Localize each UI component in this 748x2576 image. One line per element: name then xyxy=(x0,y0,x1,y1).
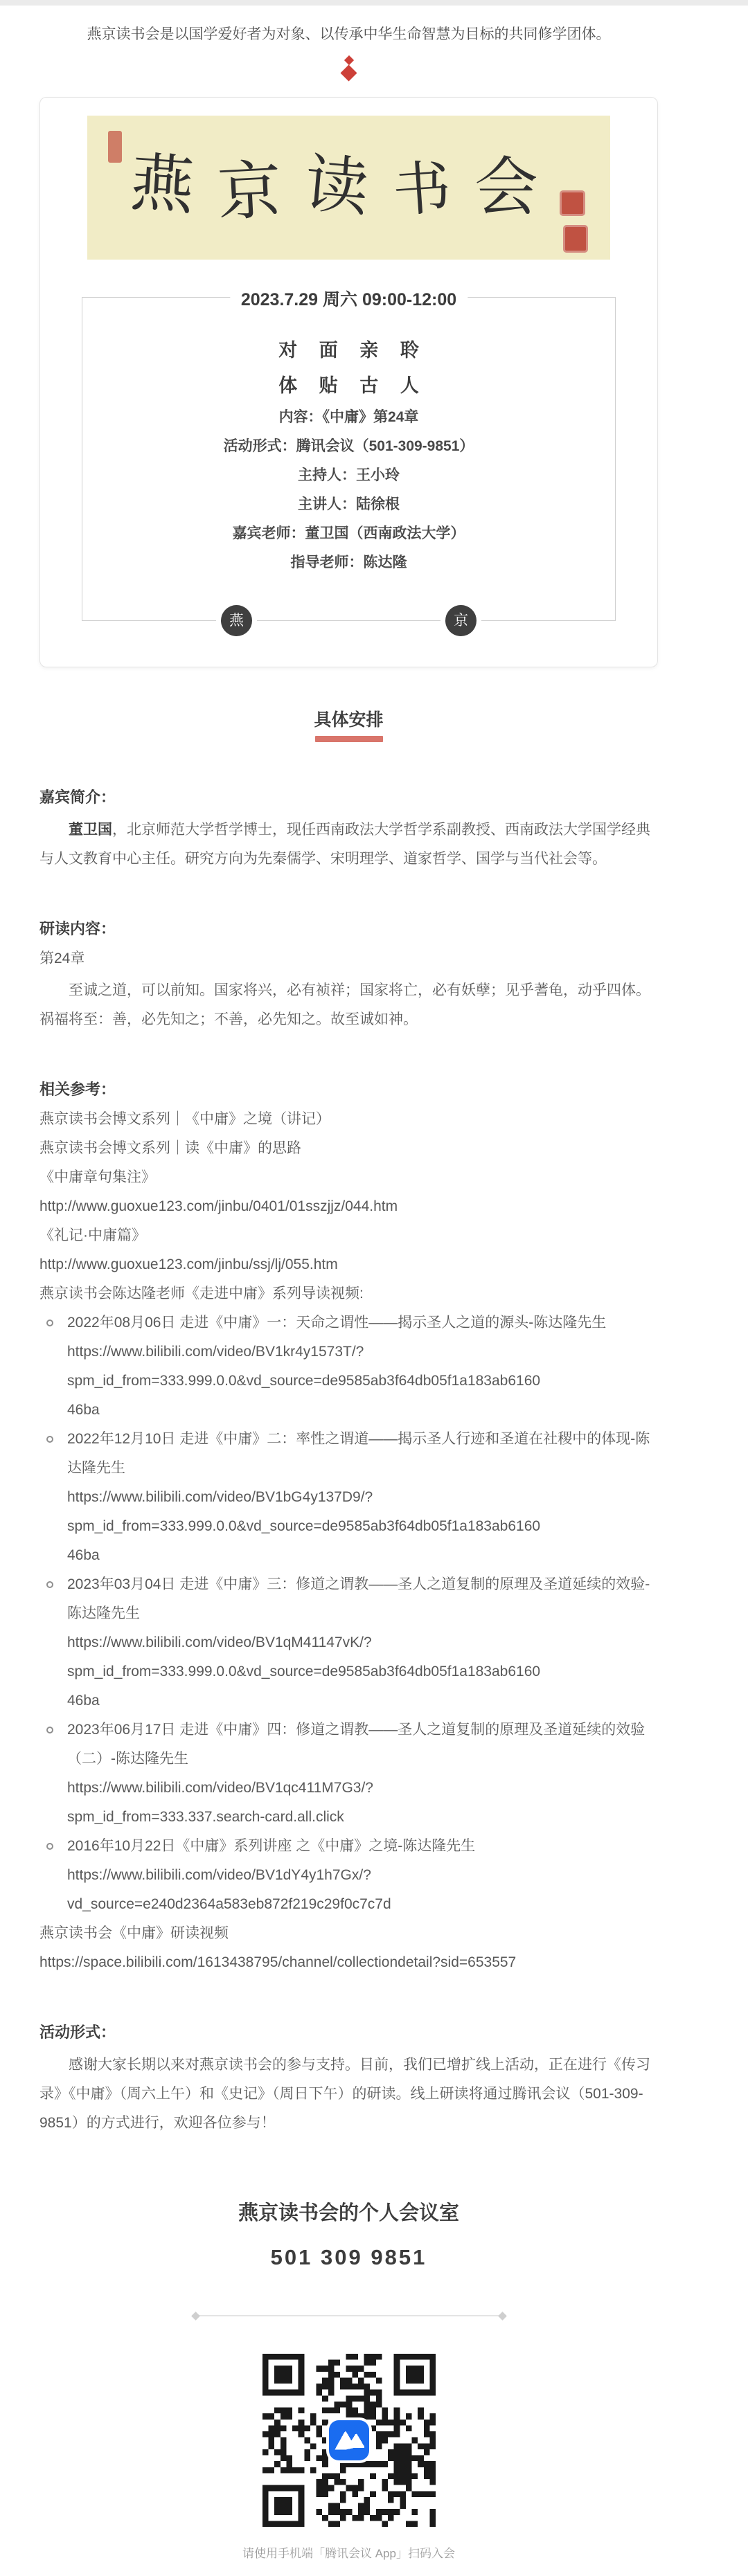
divider-diamond-icon xyxy=(498,2312,507,2321)
meeting-room-title: 燕京读书会的个人会议室 xyxy=(39,2197,658,2226)
qr-code xyxy=(262,2354,436,2527)
meeting-room-section: 燕京读书会的个人会议室 501 309 9851 xyxy=(39,2197,658,2270)
video-url[interactable]: https://www.bilibili.com/video/BV1qM4114… xyxy=(67,1628,658,1657)
section-title-underline xyxy=(315,736,383,742)
section-title: 具体安排 xyxy=(39,706,658,731)
video-title: 2023年06月17日 走进《中庸》四：修道之谓教——圣人之道复制的原理及圣道延… xyxy=(67,1715,658,1774)
video-title: 2023年03月04日 走进《中庸》三：修道之谓教——圣人之道复制的原理及圣道延… xyxy=(67,1570,658,1628)
badge-jing: 京 xyxy=(445,605,477,636)
calligraphy-char: 会 xyxy=(474,156,538,219)
event-schedule-box: 2023.7.29 周六 09:00-12:00 对 面 亲 聆 体 贴 古 人… xyxy=(82,297,616,621)
reading-passage: 至诚之道，可以前知。国家将兴，必有祯祥；国家将亡，必有妖孽；见乎蓍龟，动乎四体。… xyxy=(39,976,658,1034)
event-detail-guest: 嘉宾老师：董卫国（西南政法大学） xyxy=(96,522,601,543)
tencent-meeting-logo-icon xyxy=(329,2420,369,2460)
bullet-circle-icon xyxy=(46,1727,53,1733)
video-list-item: 2016年10月22日《中庸》系列讲座 之《中庸》之境-陈达隆先生 https:… xyxy=(39,1832,658,1919)
guest-bio: ，北京师范大学哲学博士，现任西南政法大学哲学系副教授、西南政法大学国学经典与人文… xyxy=(39,822,650,867)
video-url[interactable]: 46ba xyxy=(67,1396,658,1425)
intro-text: 燕京读书会是以国学爱好者为对象、以传承中华生命智慧为目标的共同修学团体。 xyxy=(39,6,658,46)
event-datetime: 2023.7.29 周六 09:00-12:00 xyxy=(230,286,467,311)
event-detail-content: 内容：《中庸》第24章 xyxy=(96,406,601,426)
reference-item: 《中庸章句集注》 xyxy=(39,1163,658,1192)
reference-item: 燕京读书会博文系列｜《中庸》之境（讲记） xyxy=(39,1105,658,1134)
event-slogan-line1: 对 面 亲 聆 xyxy=(96,335,601,362)
reading-chapter: 第24章 xyxy=(39,944,658,973)
video-url[interactable]: spm_id_from=333.999.0.0&vd_source=de9585… xyxy=(67,1657,658,1686)
event-detail-format: 活动形式：腾讯会议（501-309-9851） xyxy=(96,435,601,456)
video-url[interactable]: 46ba xyxy=(67,1541,658,1570)
diamond-ornament-icon xyxy=(39,57,658,86)
event-card: 燕 京 读 书 会 2023.7.29 周六 09:00-12:00 对 面 亲… xyxy=(39,97,658,667)
calligraphy-banner: 燕 京 读 书 会 xyxy=(87,116,610,260)
article-column: 燕京读书会是以国学爱好者为对象、以传承中华生命智慧为目标的共同修学团体。 燕 京… xyxy=(39,6,658,2576)
event-detail-advisor: 指导老师：陈达隆 xyxy=(96,551,601,572)
video-url[interactable]: spm_id_from=333.999.0.0&vd_source=de9585… xyxy=(67,1367,658,1396)
activity-section: 活动形式： 感谢大家长期以来对燕京读书会的参与支持。目前，我们已增扩线上活动，正… xyxy=(39,2017,658,2138)
videos-list-label: 燕京读书会陈达隆老师《走进中庸》系列导读视频: xyxy=(39,1279,658,1308)
event-slogan-line2: 体 贴 古 人 xyxy=(96,370,601,397)
reference-item: 《礼记·中庸篇》 xyxy=(39,1221,658,1250)
activity-paragraph: 感谢大家长期以来对燕京读书会的参与支持。目前，我们已增扩线上活动，正在进行《传习… xyxy=(39,2051,658,2138)
guest-intro-paragraph: 董卫国，北京师范大学哲学博士，现任西南政法大学哲学系副教授、西南政法大学国学经典… xyxy=(39,816,658,874)
video-url[interactable]: spm_id_from=333.999.0.0&vd_source=de9585… xyxy=(67,1512,658,1541)
channel-url[interactable]: https://space.bilibili.com/1613438795/ch… xyxy=(39,1948,658,1977)
small-diamond-icon xyxy=(344,55,353,64)
video-title: 2016年10月22日《中庸》系列讲座 之《中庸》之境-陈达隆先生 xyxy=(67,1832,658,1861)
page-top-strip xyxy=(0,0,748,6)
video-list-item: 2022年08月06日 走进《中庸》一：天命之谓性——揭示圣人之道的源头-陈达隆… xyxy=(39,1308,658,1425)
video-url[interactable]: https://www.bilibili.com/video/BV1kr4y15… xyxy=(67,1337,658,1367)
video-list-item: 2022年12月10日 走进《中庸》二：率性之谓道——揭示圣人行迹和圣道在社稷中… xyxy=(39,1425,658,1570)
large-diamond-icon xyxy=(340,64,357,81)
video-url[interactable]: https://www.bilibili.com/video/BV1dY4y1h… xyxy=(67,1861,658,1890)
video-list-item: 2023年06月17日 走进《中庸》四：修道之谓教——圣人之道复制的原理及圣道延… xyxy=(39,1715,658,1832)
activity-heading: 活动形式： xyxy=(39,2017,658,2048)
pointed-divider xyxy=(193,2313,506,2319)
red-seal-icon xyxy=(563,225,588,253)
red-seal-icon xyxy=(560,190,585,216)
video-url[interactable]: https://www.bilibili.com/video/BV1qc411M… xyxy=(67,1774,658,1803)
event-detail-host: 主持人：王小玲 xyxy=(96,464,601,485)
divider-line xyxy=(199,2315,499,2316)
references-section: 相关参考： 燕京读书会博文系列｜《中庸》之境（讲记） 燕京读书会博文系列｜读《中… xyxy=(39,1074,658,1977)
calligraphy-char: 书 xyxy=(391,158,453,220)
bullet-circle-icon xyxy=(46,1436,53,1443)
calligraphy-char: 京 xyxy=(216,158,283,225)
channel-label: 燕京读书会《中庸》研读视频 xyxy=(39,1919,658,1948)
bullet-circle-icon xyxy=(46,1581,53,1588)
reference-url[interactable]: http://www.guoxue123.com/jinbu/ssj/lj/05… xyxy=(39,1250,658,1279)
video-title: 2022年08月06日 走进《中庸》一：天命之谓性——揭示圣人之道的源头-陈达隆… xyxy=(67,1308,658,1337)
references-heading: 相关参考： xyxy=(39,1074,658,1105)
qr-caption: 请使用手机端「腾讯会议 App」扫码入会 xyxy=(39,2543,658,2576)
video-url[interactable]: https://www.bilibili.com/video/BV1bG4y13… xyxy=(67,1483,658,1512)
reading-heading: 研读内容： xyxy=(39,914,658,944)
divider-diamond-icon xyxy=(191,2312,200,2321)
bullet-circle-icon xyxy=(46,1319,53,1326)
video-url[interactable]: spm_id_from=333.337.search-card.all.clic… xyxy=(67,1803,658,1832)
video-url[interactable]: 46ba xyxy=(67,1686,658,1715)
event-detail-speaker: 主讲人：陆徐根 xyxy=(96,493,601,514)
reference-url[interactable]: http://www.guoxue123.com/jinbu/0401/01ss… xyxy=(39,1192,658,1221)
meeting-room-number: 501 309 9851 xyxy=(39,2245,658,2270)
bullet-circle-icon xyxy=(46,1843,53,1850)
video-title: 2022年12月10日 走进《中庸》二：率性之谓道——揭示圣人行迹和圣道在社稷中… xyxy=(67,1425,658,1483)
calligraphy-char: 燕 xyxy=(128,150,196,218)
video-url[interactable]: vd_source=e240d2364a583eb872f219c29f0c7c… xyxy=(67,1890,658,1919)
calligraphy-char: 读 xyxy=(303,152,372,221)
guest-intro-section: 嘉宾简介： 董卫国，北京师范大学哲学博士，现任西南政法大学哲学系副教授、西南政法… xyxy=(39,782,658,874)
video-list-item: 2023年03月04日 走进《中庸》三：修道之谓教——圣人之道复制的原理及圣道延… xyxy=(39,1570,658,1715)
guest-intro-heading: 嘉宾简介： xyxy=(39,782,658,813)
badge-yan: 燕 xyxy=(221,605,252,636)
guest-name: 董卫国 xyxy=(69,822,112,838)
reading-section: 研读内容： 第24章 至诚之道，可以前知。国家将兴，必有祯祥；国家将亡，必有妖孽… xyxy=(39,914,658,1034)
reference-item: 燕京读书会博文系列｜读《中庸》的思路 xyxy=(39,1134,658,1163)
signature-seal-icon xyxy=(108,131,122,163)
